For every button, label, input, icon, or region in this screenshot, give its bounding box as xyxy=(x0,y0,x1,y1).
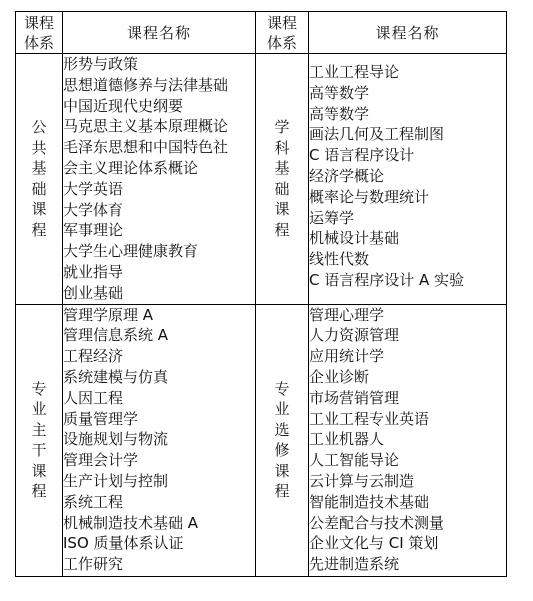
system-cell-discipline-foundation: 学科基础课程 xyxy=(256,54,309,305)
course-item: 大学生心理健康教育 xyxy=(63,241,255,262)
course-item: 线性代数 xyxy=(309,249,506,270)
course-item: 就业指导 xyxy=(63,262,255,283)
course-item: C 语言程序设计 xyxy=(309,145,506,166)
course-item: 生产计划与控制 xyxy=(63,471,255,492)
course-item: ISO 质量体系认证 xyxy=(63,533,255,554)
course-list: 管理学原理 A管理信息系统 A工程经济系统建模与仿真人因工程质量管理学设施规划与… xyxy=(63,305,255,575)
header-course-system-left: 课程 体系 xyxy=(16,12,63,54)
course-list-cell-discipline-foundation: 工业工程导论高等数学高等数学画法几何及工程制图C 语言程序设计经济学概论概率论与… xyxy=(309,54,507,305)
course-item: 马克思主义基本原理概论 xyxy=(63,116,255,137)
course-item: 管理会计学 xyxy=(63,450,255,471)
course-item: 人因工程 xyxy=(63,388,255,409)
course-item: 市场营销管理 xyxy=(309,388,506,409)
course-item: 高等数学 xyxy=(309,104,506,125)
course-item: 高等数学 xyxy=(309,83,506,104)
course-item: 思想道德修养与法律基础 xyxy=(63,75,255,96)
header-course-name-left: 课程名称 xyxy=(63,12,256,54)
course-list-cell-public-foundation: 形势与政策思想道德修养与法律基础中国近现代史纲要马克思主义基本原理概论毛泽东思想… xyxy=(63,54,256,305)
system-label: 学科基础课程 xyxy=(274,117,290,240)
header-row: 课程 体系 课程名称 课程 体系 课程名称 xyxy=(16,12,507,54)
course-list: 工业工程导论高等数学高等数学画法几何及工程制图C 语言程序设计经济学概论概率论与… xyxy=(309,62,506,291)
course-item: 创业基础 xyxy=(63,283,255,304)
course-item: 工程经济 xyxy=(63,346,255,367)
course-item: 工业工程专业英语 xyxy=(309,409,506,430)
section-row-major: 专业主干课程 管理学原理 A管理信息系统 A工程经济系统建模与仿真人因工程质量管… xyxy=(16,304,507,576)
system-label: 专业主干课程 xyxy=(31,379,47,502)
course-item: 机械制造技术基础 A xyxy=(63,513,255,534)
course-item: 大学体育 xyxy=(63,200,255,221)
course-item: 画法几何及工程制图 xyxy=(309,124,506,145)
course-item: 形势与政策 xyxy=(63,54,255,75)
system-label: 专业选修课程 xyxy=(274,379,290,502)
course-item: 经济学概论 xyxy=(309,166,506,187)
course-item: 中国近现代史纲要 xyxy=(63,96,255,117)
course-item: 先进制造系统 xyxy=(309,554,506,575)
course-item: 毛泽东思想和中国特色社 xyxy=(63,137,255,158)
course-list: 管理心理学人力资源管理应用统计学企业诊断市场营销管理工业工程专业英语工业机器人人… xyxy=(309,305,506,575)
course-item: C 语言程序设计 A 实验 xyxy=(309,270,506,291)
course-item: 工业机器人 xyxy=(309,429,506,450)
header-course-system-right: 课程 体系 xyxy=(256,12,309,54)
course-item: 人工智能导论 xyxy=(309,450,506,471)
course-item: 会主义理论体系概论 xyxy=(63,158,255,179)
section-row-foundation: 公共基础课程 形势与政策思想道德修养与法律基础中国近现代史纲要马克思主义基本原理… xyxy=(16,54,507,305)
course-item: 企业诊断 xyxy=(309,367,506,388)
course-item: 大学英语 xyxy=(63,179,255,200)
course-list: 形势与政策思想道德修养与法律基础中国近现代史纲要马克思主义基本原理概论毛泽东思想… xyxy=(63,54,255,304)
course-list-cell-major-elective: 管理心理学人力资源管理应用统计学企业诊断市场营销管理工业工程专业英语工业机器人人… xyxy=(309,304,507,576)
curriculum-table: 课程 体系 课程名称 课程 体系 课程名称 公共基础课程 形势与政策思想道德修养… xyxy=(15,11,507,577)
course-item: 系统建模与仿真 xyxy=(63,367,255,388)
course-item: 机械设计基础 xyxy=(309,228,506,249)
course-item: 企业文化与 CI 策划 xyxy=(309,533,506,554)
course-item: 系统工程 xyxy=(63,492,255,513)
course-item: 概率论与数理统计 xyxy=(309,187,506,208)
system-cell-public-foundation: 公共基础课程 xyxy=(16,54,63,305)
course-item: 工作研究 xyxy=(63,554,255,575)
system-cell-major-elective: 专业选修课程 xyxy=(256,304,309,576)
course-item: 公差配合与技术测量 xyxy=(309,513,506,534)
course-item: 运筹学 xyxy=(309,208,506,229)
course-item: 智能制造技术基础 xyxy=(309,492,506,513)
course-item: 设施规划与物流 xyxy=(63,429,255,450)
system-label: 公共基础课程 xyxy=(31,117,47,240)
course-item: 军事理论 xyxy=(63,220,255,241)
course-item: 云计算与云制造 xyxy=(309,471,506,492)
course-list-cell-major-core: 管理学原理 A管理信息系统 A工程经济系统建模与仿真人因工程质量管理学设施规划与… xyxy=(63,304,256,576)
course-item: 人力资源管理 xyxy=(309,325,506,346)
course-item: 质量管理学 xyxy=(63,409,255,430)
course-item: 管理心理学 xyxy=(309,305,506,326)
course-item: 应用统计学 xyxy=(309,346,506,367)
course-item: 管理信息系统 A xyxy=(63,325,255,346)
system-cell-major-core: 专业主干课程 xyxy=(16,304,63,576)
course-item: 管理学原理 A xyxy=(63,305,255,326)
header-course-name-right: 课程名称 xyxy=(309,12,507,54)
course-item: 工业工程导论 xyxy=(309,62,506,83)
